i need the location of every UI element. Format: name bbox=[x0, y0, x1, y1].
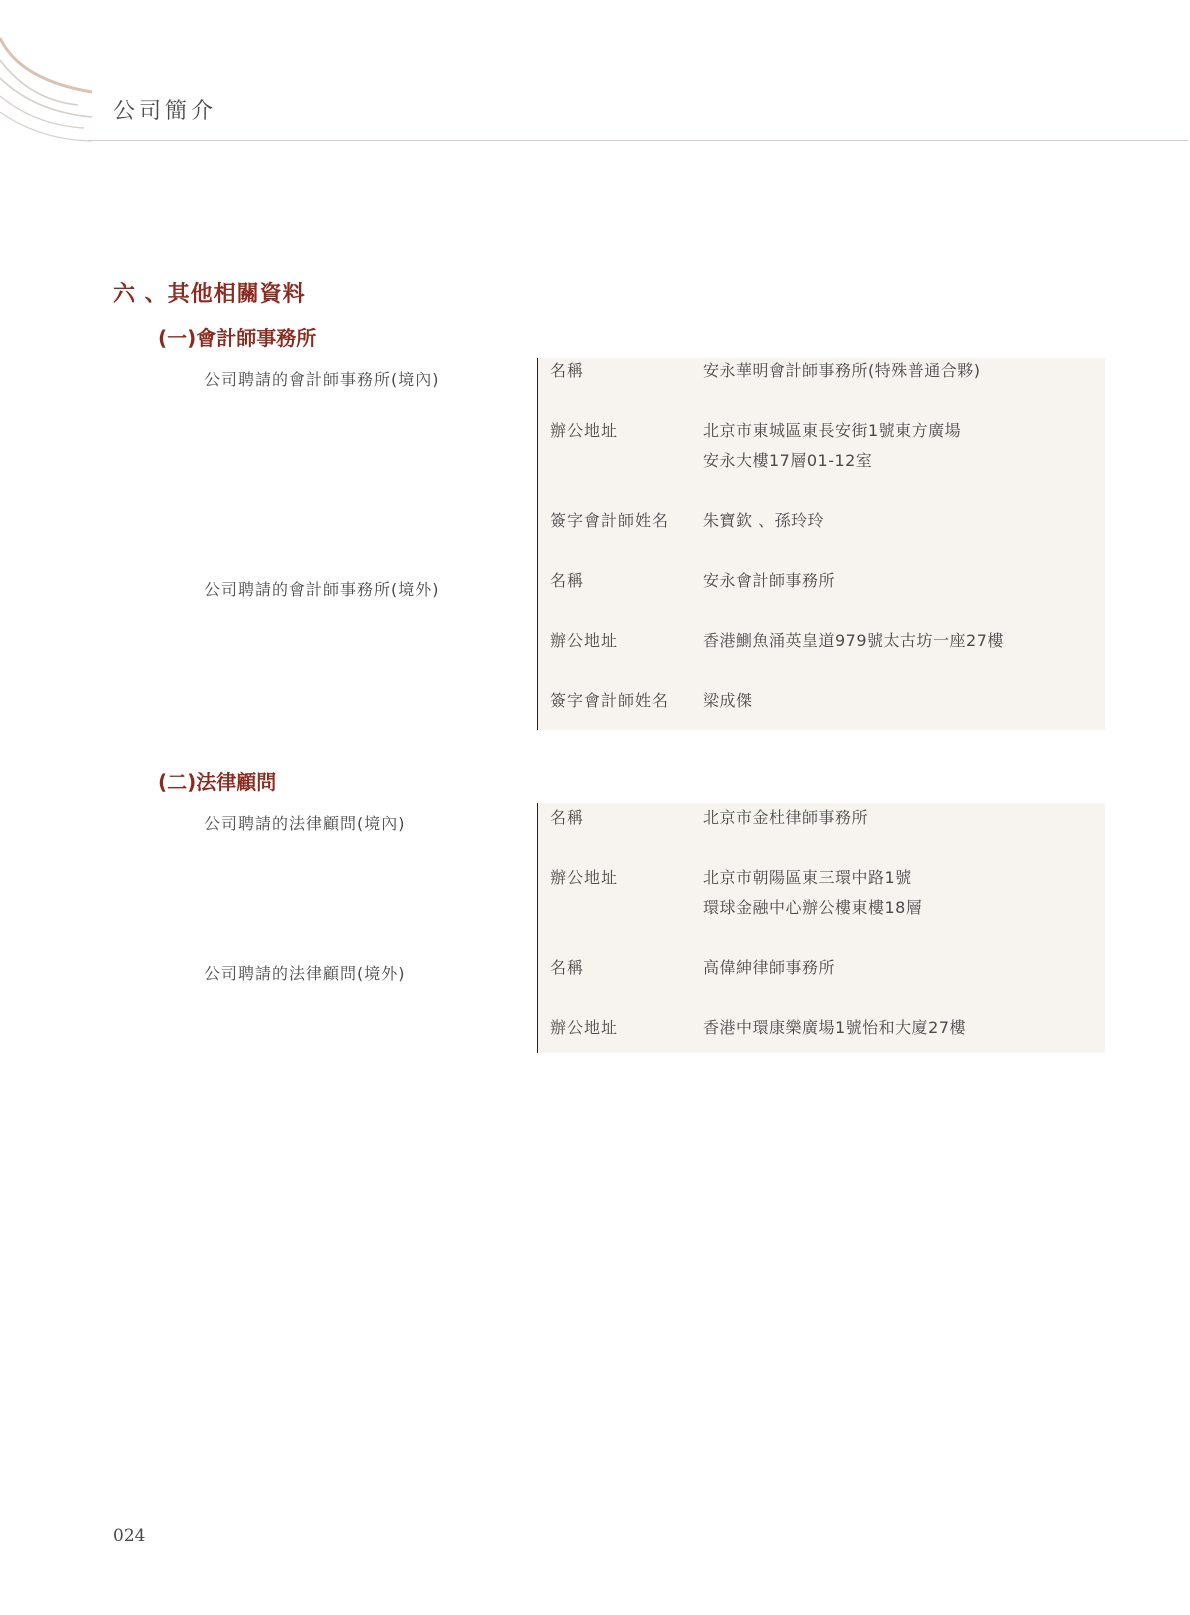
info-key: 辦公地址 bbox=[550, 626, 700, 656]
group-label-overseas-accountant: 公司聘請的會計師事務所(境外) bbox=[204, 577, 440, 600]
info-value: 安永會計師事務所 bbox=[703, 566, 835, 596]
group-label-domestic-legal: 公司聘請的法律顧問(境內) bbox=[204, 811, 406, 834]
info-key: 辦公地址 bbox=[550, 416, 700, 446]
info-key: 名稱 bbox=[550, 803, 700, 833]
accountants-info-panel: 名稱 安永華明會計師事務所(特殊普通合夥) 辦公地址 北京市東城區東長安街1號東… bbox=[537, 358, 1105, 730]
info-value: 北京市東城區東長安街1號東方廣場 bbox=[703, 416, 961, 446]
info-value: 梁成傑 bbox=[703, 686, 753, 716]
subsection-title-legal-advisers: (二)法律顧問 bbox=[158, 766, 276, 795]
info-value: 香港中環康樂廣場1號怡和大廈27樓 bbox=[703, 1013, 966, 1043]
page-header-title: 公司簡介 bbox=[113, 94, 217, 125]
group-label-domestic-accountant: 公司聘請的會計師事務所(境內) bbox=[204, 367, 440, 390]
info-value: 朱寶欽 、孫玲玲 bbox=[703, 506, 824, 536]
info-value: 安永華明會計師事務所(特殊普通合夥) bbox=[703, 356, 981, 386]
header-divider bbox=[88, 140, 1188, 141]
decorative-arcs-icon bbox=[0, 0, 120, 150]
page-number: 024 bbox=[113, 1526, 145, 1546]
info-key: 辦公地址 bbox=[550, 863, 700, 893]
legal-advisers-info-panel: 名稱 北京市金杜律師事務所 辦公地址 北京市朝陽區東三環中路1號 環球金融中心辦… bbox=[537, 803, 1105, 1053]
info-key: 簽字會計師姓名 bbox=[550, 506, 700, 536]
info-value: 北京市金杜律師事務所 bbox=[703, 803, 868, 833]
info-value: 安永大樓17層01-12室 bbox=[703, 446, 872, 476]
info-value: 北京市朝陽區東三環中路1號 bbox=[703, 863, 912, 893]
section-title: 六 、其他相關資料 bbox=[113, 277, 306, 308]
info-key: 簽字會計師姓名 bbox=[550, 686, 700, 716]
info-key: 辦公地址 bbox=[550, 1013, 700, 1043]
info-value: 香港鰂魚涌英皇道979號太古坊一座27樓 bbox=[703, 626, 1004, 656]
info-value: 環球金融中心辦公樓東樓18層 bbox=[703, 893, 922, 923]
info-key: 名稱 bbox=[550, 566, 700, 596]
info-value: 高偉紳律師事務所 bbox=[703, 953, 835, 983]
info-key: 名稱 bbox=[550, 356, 700, 386]
group-label-overseas-legal: 公司聘請的法律顧問(境外) bbox=[204, 961, 406, 984]
subsection-title-accountants: (一)會計師事務所 bbox=[158, 322, 316, 351]
info-key: 名稱 bbox=[550, 953, 700, 983]
